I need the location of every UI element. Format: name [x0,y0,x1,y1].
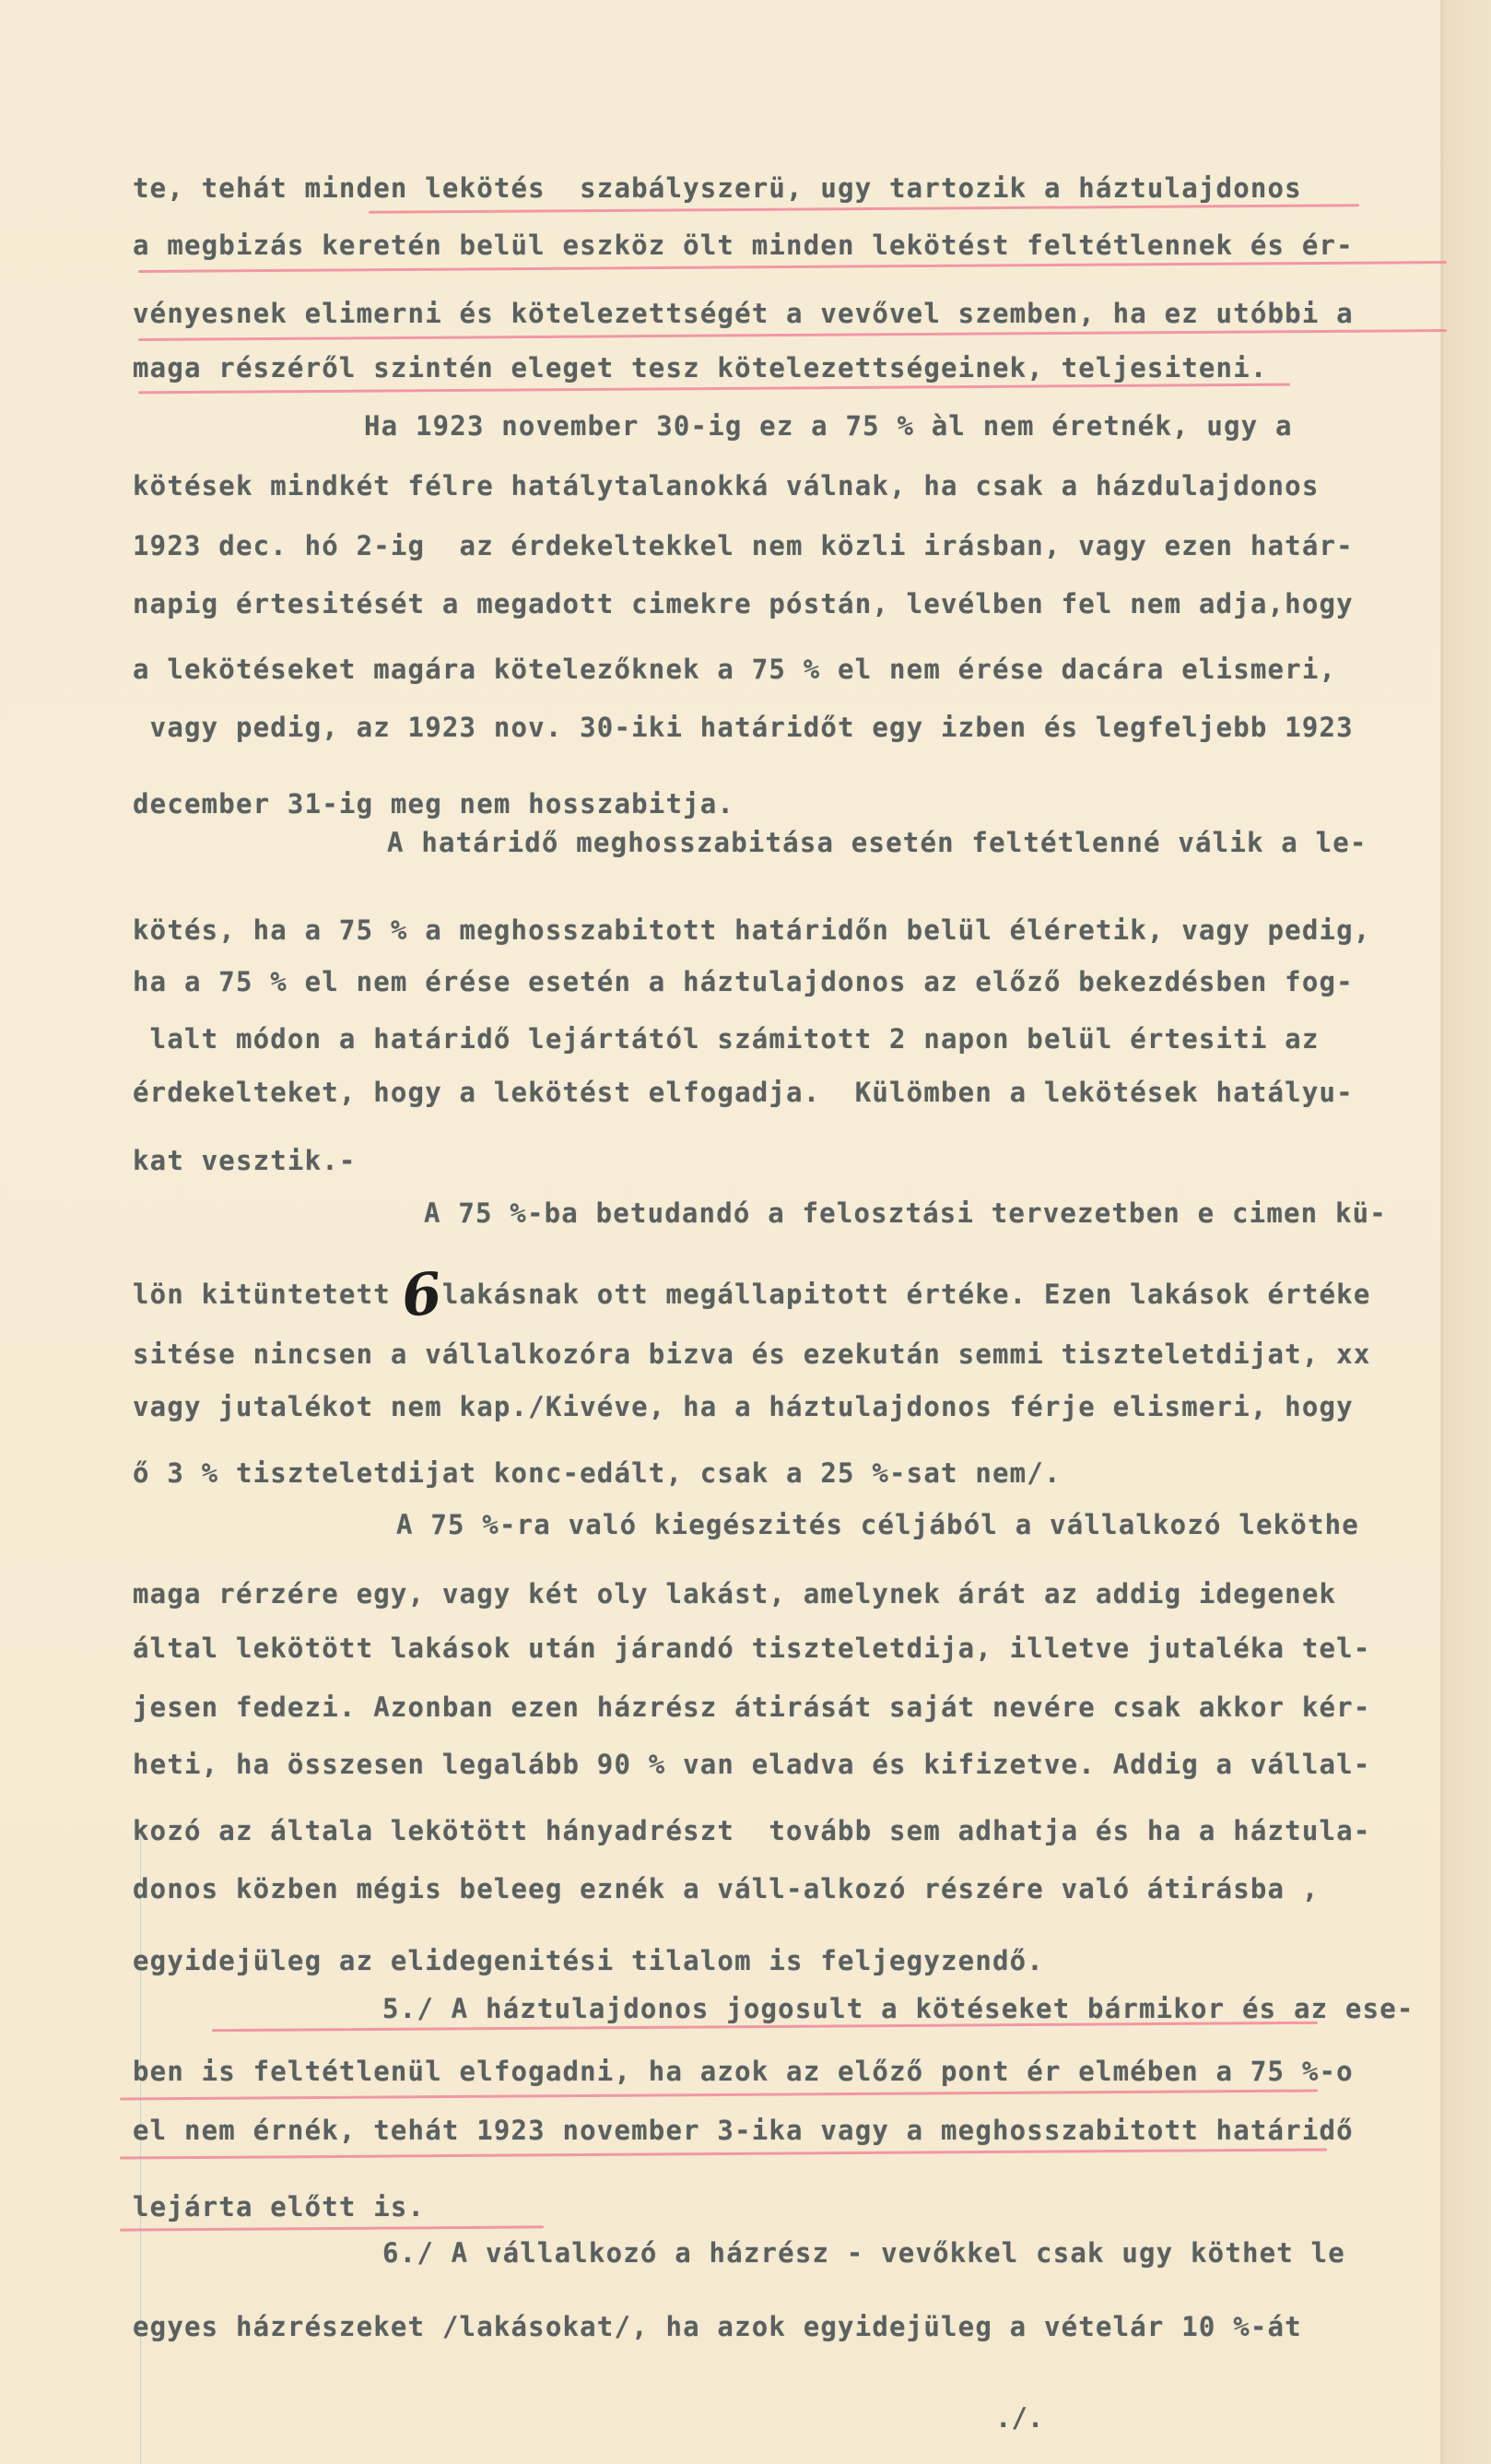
text-line: te, tehát minden lekötés szabályszerü, u… [133,175,1302,202]
text-line: lön kitüntetett lakásnak ott megállapito… [133,1281,1370,1308]
text-line: egyes házrészeket /lakásokat/, ha azok e… [133,2314,1302,2340]
text-line: sitése nincsen a vállalkozóra bizva és e… [133,1341,1370,1368]
text-line: jesen fedezi. Azonban ezen házrész átirá… [133,1694,1370,1721]
text-line: maga részéről szintén eleget tesz kötele… [133,355,1268,382]
handwritten-number: 6 [398,1259,445,1330]
scan-edge-strip [1442,0,1491,2464]
text-line: a lekötéseket magára kötelezőknek a 75 %… [133,656,1336,683]
text-line: érdekelteket, hogy a lekötést elfogadja.… [133,1079,1354,1106]
text-line: 1923 dec. hó 2-ig az érdekeltekkel nem k… [133,533,1354,560]
text-line: maga rérzére egy, vagy két oly lakást, a… [133,1581,1336,1608]
text-line: A 75 %-ra való kiegészités céljából a vá… [396,1512,1359,1539]
text-line: vagy jutalékot nem kap./Kivéve, ha a ház… [133,1394,1354,1421]
text-line: egyidejüleg az elidegenitési tilalom is … [133,1948,1044,1975]
text-line: el nem érnék, tehát 1923 november 3-ika … [133,2117,1354,2144]
text-line: lejárta előtt is. [133,2194,425,2221]
text-line: vagy pedig, az 1923 nov. 30-iki határidő… [133,714,1354,741]
text-line: heti, ha összesen legalább 90 % van elad… [133,1751,1370,1778]
text-line: ben is feltétlenül elfogadni, ha azok az… [133,2058,1354,2085]
margin-rule [140,1834,141,2464]
text-line: által lekötött lakások után járandó tisz… [133,1635,1370,1662]
text-line: kötések mindkét félre hatálytalanokká vá… [133,473,1320,500]
text-line: vényesnek elimerni és kötelezettségét a … [133,301,1354,327]
text-line: kozó az általa lekötött hányadrészt tová… [133,1818,1370,1845]
text-line: donos közben mégis beleeg eznék a váll-a… [133,1876,1320,1903]
text-line: napig értesitését a megadott cimekre pós… [133,591,1354,618]
text-line: 6./ A vállalkozó a házrész - vevőkkel cs… [382,2240,1345,2267]
text-line: Ha 1923 november 30-ig ez a 75 % àl nem … [364,413,1293,440]
text-line: ha a 75 % el nem érése esetén a háztulaj… [133,969,1354,996]
text-line: kötés, ha a 75 % a meghosszabitott határ… [133,917,1370,944]
page-continuation-mark: ./. [995,2402,1043,2434]
text-line: december 31-ig meg nem hosszabitja. [133,791,734,818]
text-line: lalt módon a határidő lejártától számito… [133,1026,1320,1053]
text-line: a megbizás keretén belül eszköz ölt mind… [133,232,1354,259]
text-line: A határidő meghosszabitása esetén feltét… [387,830,1368,856]
text-line: kat vesztik.- [133,1148,357,1174]
text-line: ő 3 % tiszteletdijat konc-edált, csak a … [133,1460,1062,1487]
text-line: A 75 %-ba betudandó a felosztási terveze… [424,1200,1387,1227]
text-line: 5./ A háztulajdonos jogosult a kötéseket… [382,1996,1415,2022]
